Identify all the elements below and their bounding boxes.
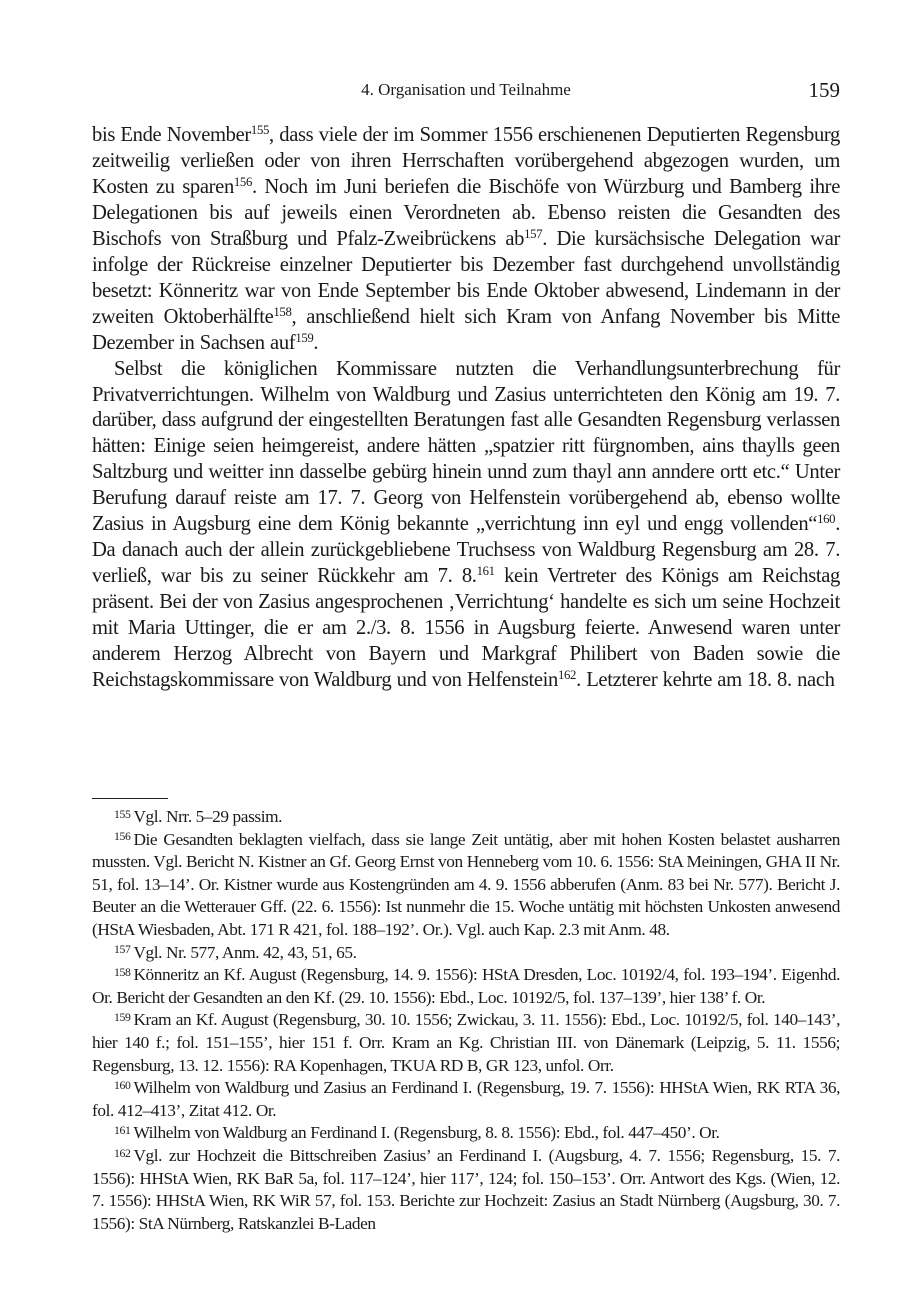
footnote-number: 158 (114, 966, 130, 979)
footnote: 155Vgl. Nrr. 5–29 passim. (92, 806, 840, 829)
footnote-reference: 159 (295, 331, 313, 345)
footnote-number: 161 (114, 1124, 130, 1137)
running-head: 4. Organisation und Teilnahme 159 (92, 78, 840, 104)
page-number: 159 (809, 78, 841, 103)
footnote-reference: 162 (558, 668, 576, 682)
footnote-reference: 158 (273, 305, 291, 319)
footnote: 160Wilhelm von Waldburg und Zasius an Fe… (92, 1077, 840, 1122)
footnote-number: 160 (114, 1079, 130, 1092)
footnote: 162Vgl. zur Hochzeit die Bittschreiben Z… (92, 1145, 840, 1235)
footnote-text: Wilhelm von Waldburg an Ferdinand I. (Re… (133, 1123, 719, 1142)
footnote: 156Die Gesandten beklagten vielfach, das… (92, 829, 840, 942)
body-text: bis Ende November155, dass viele der im … (92, 123, 840, 694)
footnote-text: Könneritz an Kf. August (Regensburg, 14.… (92, 965, 840, 1007)
footnote-number: 156 (114, 830, 130, 843)
footnotes: 155Vgl. Nrr. 5–29 passim. 156Die Gesandt… (92, 806, 840, 1235)
footnote-text: Vgl. Nrr. 5–29 passim. (133, 807, 282, 826)
footnote-reference: 157 (524, 227, 542, 241)
footnote-text: Wilhelm von Waldburg und Zasius an Ferdi… (92, 1078, 840, 1120)
footnote-number: 162 (114, 1147, 130, 1160)
paragraph: Selbst die königlichen Kommissare nutzte… (92, 357, 840, 694)
footnote-reference: 156 (234, 175, 252, 189)
footnote-text: Kram an Kf. August (Regensburg, 30. 10. … (92, 1010, 840, 1074)
footnote-number: 159 (114, 1011, 130, 1024)
footnote-reference: 160 (817, 512, 835, 526)
footnote-text: Vgl. Nr. 577, Anm. 42, 43, 51, 65. (133, 943, 356, 962)
footnote: 161Wilhelm von Waldburg an Ferdinand I. … (92, 1122, 840, 1145)
footnote-reference: 155 (251, 123, 269, 137)
footnote-number: 157 (114, 943, 130, 956)
footnote-number: 155 (114, 808, 130, 821)
footnote-text: Die Gesandten beklagten vielfach, dass s… (92, 830, 840, 939)
paragraph: bis Ende November155, dass viele der im … (92, 123, 840, 357)
footnote-text: Vgl. zur Hochzeit die Bittschreiben Zasi… (92, 1146, 840, 1233)
footnote: 157Vgl. Nr. 577, Anm. 42, 43, 51, 65. (92, 942, 840, 965)
footnote: 159Kram an Kf. August (Regensburg, 30. 1… (92, 1009, 840, 1077)
footnote-separator-rule (92, 798, 168, 799)
footnote: 158Könneritz an Kf. August (Regensburg, … (92, 964, 840, 1009)
running-title: 4. Organisation und Teilnahme (92, 80, 840, 100)
footnote-reference: 161 (477, 564, 495, 578)
